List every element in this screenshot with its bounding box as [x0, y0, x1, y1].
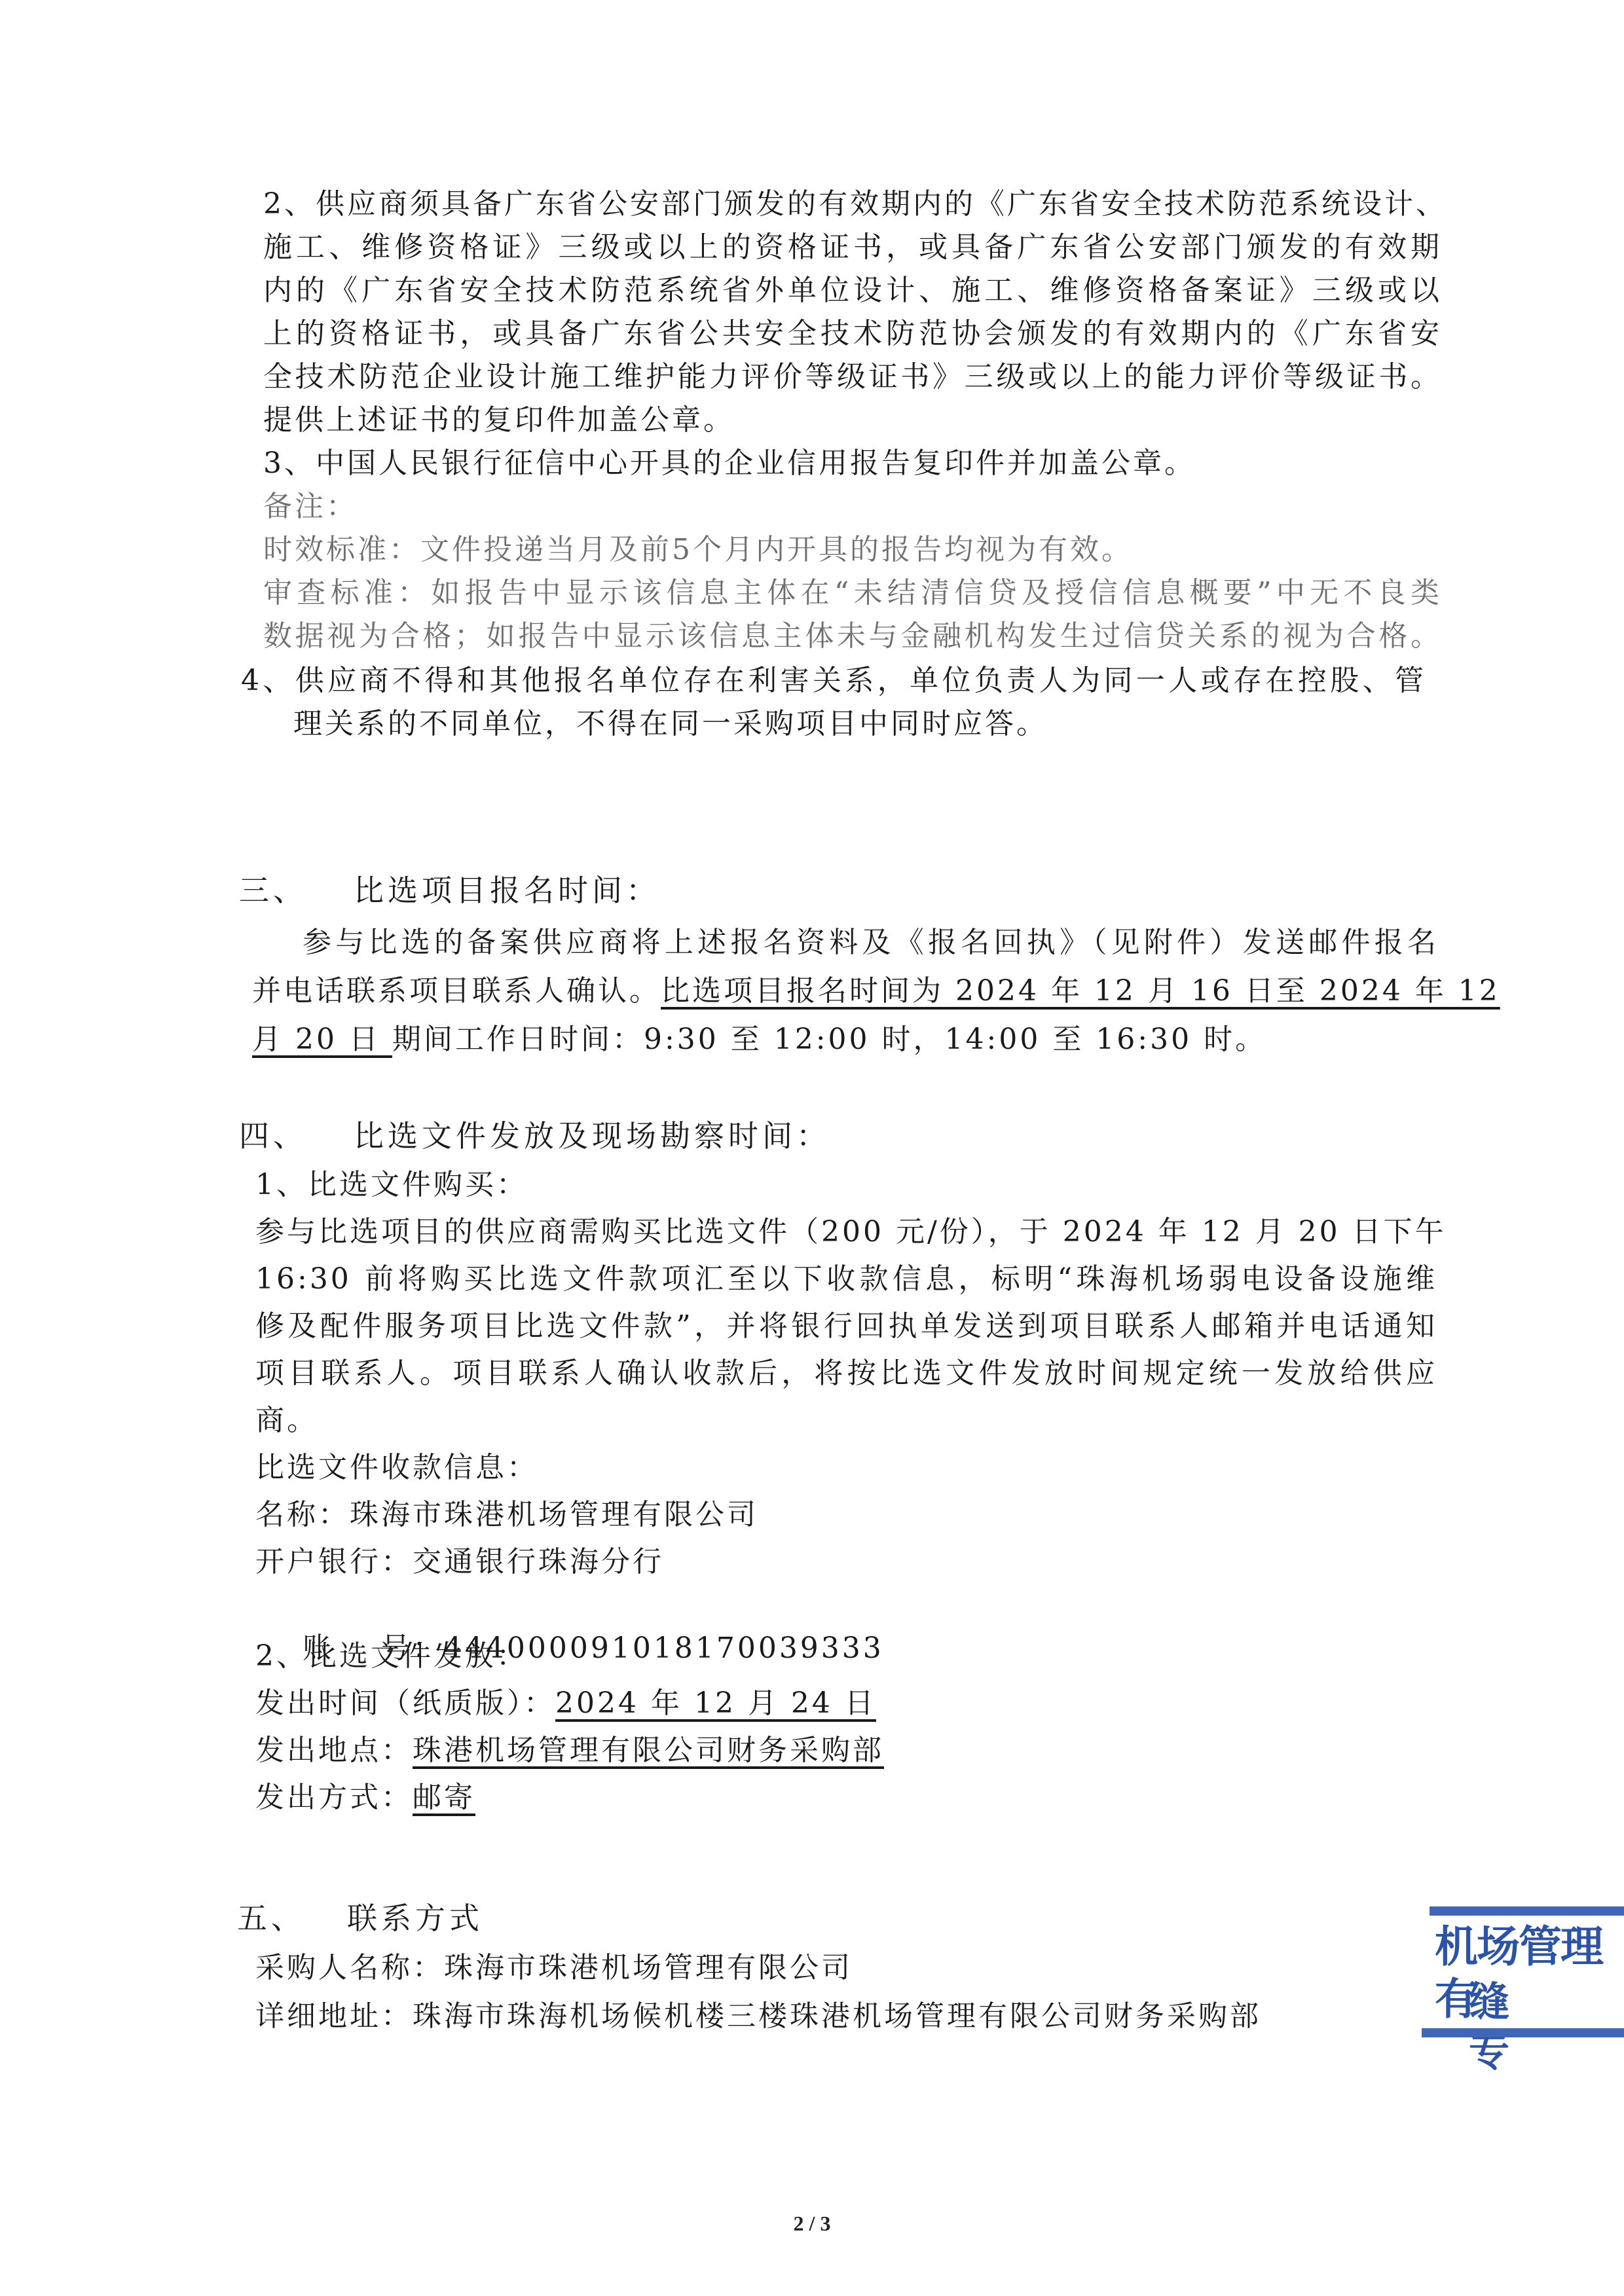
sub1-title: 1、比选文件购买：: [255, 1165, 528, 1205]
item3-line: 3、中国人民银行征信中心开具的企业信用报告复印件并加盖公章。: [263, 444, 1196, 483]
item2-line-2: 施工、维修资格证》三级或以上的资格证书，或具备广东省公安部门颁发的有效期: [263, 228, 1442, 267]
bank-label: 开户银行：: [255, 1545, 413, 1578]
registration-period-underlined: 比选项目报名时间为 2024 年 12 月 16 日至 2024 年 12: [661, 974, 1500, 1008]
section3-line-3: 月 20 日 期间工作日时间：9:30 至 12:00 时，14:00 至 16…: [252, 1020, 1266, 1059]
document-page: 2、供应商须具备广东省公安部门颁发的有效期内的《广东省安全技术防范系统设计、 施…: [0, 0, 1624, 2296]
item4-line-1: 4、供应商不得和其他报名单位存在利害关系，单位负责人为同一人或存在控股、管: [241, 661, 1426, 701]
section3-title: 比选项目报名时间：: [354, 871, 660, 910]
section4-title: 比选文件发放及现场勘察时间：: [354, 1116, 830, 1156]
page-number: 2 / 3: [0, 2212, 1624, 2236]
stamp-border-top: [1430, 1906, 1624, 1916]
stamp-border-bottom: [1422, 2028, 1624, 2037]
issue-place-row: 发出地点：珠港机场管理有限公司财务采购部: [255, 1731, 884, 1770]
address-label: 详细地址：: [255, 1999, 413, 2033]
issue-method-value: 邮寄: [413, 1781, 475, 1814]
buyer-label: 采购人名称：: [255, 1951, 444, 1984]
buyer-row: 采购人名称：珠海市珠港机场管理有限公司: [255, 1948, 853, 1988]
section3-number: 三、: [239, 871, 307, 910]
payee-label: 名称：: [255, 1498, 350, 1531]
item2-line-4: 上的资格证书，或具备广东省公共安全技术防范协会颁发的有效期内的《广东省安: [263, 314, 1442, 354]
purchase-line-4: 项目联系人。项目联系人确认收款后，将按比选文件发放时间规定统一发放给供应: [255, 1354, 1437, 1393]
section3-line-2-plain: 并电话联系项目联系人确认。: [252, 974, 661, 1008]
bank-row: 开户银行：交通银行珠海分行: [255, 1542, 664, 1582]
issue-method-label: 发出方式：: [255, 1781, 413, 1814]
purchase-line-2: 16:30 前将购买比选文件款项汇至以下收款信息，标明“珠海机场弱电设备设施维: [255, 1260, 1437, 1299]
issue-time-value: 2024 年 12 月 24 日: [555, 1686, 876, 1720]
payee-value: 珠海市珠港机场管理有限公司: [350, 1498, 758, 1531]
review-standard-line-1: 审查标准：如报告中显示该信息主体在“未结清信贷及授信信息概要”中无不良类: [263, 574, 1442, 613]
review-standard-line-2: 数据视为合格；如报告中显示该信息主体未与金融机构发生过信贷关系的视为合格。: [263, 617, 1442, 656]
stamp-text-row-2: 缝专: [1469, 1977, 1624, 2077]
purchase-line-3: 修及配件服务项目比选文件款”，并将银行回执单发送到项目联系人邮箱并电话通知: [255, 1307, 1437, 1346]
item2-line-3: 内的《广东省安全技术防范系统省外单位设计、施工、维修资格备案证》三级或以: [263, 271, 1442, 310]
payment-info-label: 比选文件收款信息：: [255, 1448, 538, 1487]
item2-line-5: 全技术防范企业设计施工维护能力评价等级证书》三级或以上的能力评价等级证书。: [263, 357, 1442, 397]
purchase-line-1: 参与比选项目的供应商需购买比选文件（200 元/份），于 2024 年 12 月…: [255, 1212, 1437, 1252]
note-label: 备注：: [263, 487, 358, 526]
address-row: 详细地址：珠海市珠海机场候机楼三楼珠港机场管理有限公司财务采购部: [255, 1997, 1261, 2036]
section5-number: 五、: [237, 1899, 305, 1938]
item2-line-6: 提供上述证书的复印件加盖公章。: [263, 401, 735, 440]
bank-value: 交通银行珠海分行: [413, 1545, 664, 1578]
working-hours: 期间工作日时间：9:30 至 12:00 时，14:00 至 16:30 时。: [392, 1023, 1266, 1056]
payee-row: 名称：珠海市珠港机场管理有限公司: [255, 1495, 758, 1535]
issue-place-value: 珠港机场管理有限公司财务采购部: [413, 1734, 884, 1767]
issue-time-row: 发出时间（纸质版）：2024 年 12 月 24 日: [255, 1684, 876, 1723]
purchase-line-5: 商。: [255, 1401, 318, 1440]
issue-method-row: 发出方式：邮寄: [255, 1778, 475, 1817]
registration-end-underlined: 月 20 日: [252, 1023, 392, 1056]
issue-place-label: 发出地点：: [255, 1734, 413, 1767]
section5-title: 联系方式: [347, 1899, 483, 1938]
sub2-title: 2、比选文件发放：: [255, 1637, 528, 1676]
section3-line-2: 并电话联系项目联系人确认。比选项目报名时间为 2024 年 12 月 16 日至…: [252, 972, 1441, 1011]
section4-number: 四、: [239, 1116, 307, 1156]
address-value: 珠海市珠海机场候机楼三楼珠港机场管理有限公司财务采购部: [413, 1999, 1261, 2033]
issue-time-label: 发出时间（纸质版）：: [255, 1686, 555, 1720]
item4-line-2: 理关系的不同单位，不得在同一采购项目中同时应答。: [293, 704, 1048, 744]
seam-stamp: 机场管理有 缝专: [1430, 1906, 1624, 2036]
buyer-value: 珠海市珠港机场管理有限公司: [444, 1951, 853, 1984]
section3-line-1: 参与比选的备案供应商将上述报名资料及《报名回执》（见附件）发送邮件报名: [303, 923, 1439, 962]
time-standard: 时效标准：文件投递当月及前5个月内开具的报告均视为有效。: [263, 530, 1133, 570]
item2-line-1: 2、供应商须具备广东省公安部门颁发的有效期内的《广东省安全技术防范系统设计、: [263, 185, 1442, 224]
